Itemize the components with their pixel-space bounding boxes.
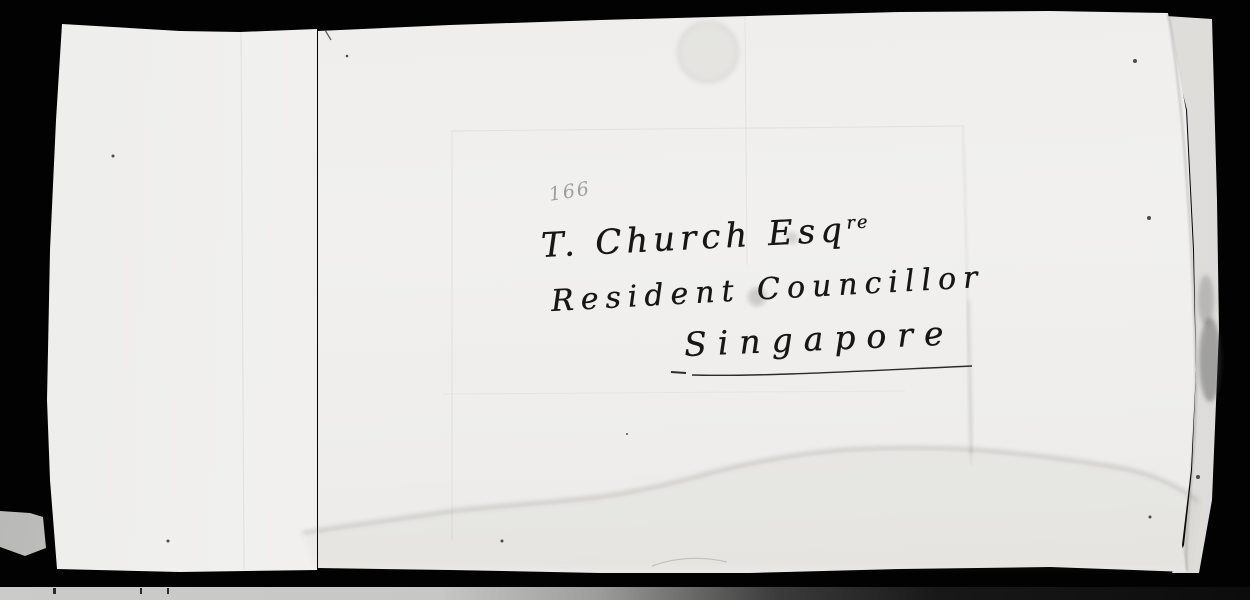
- addressee-name-superscript: re: [846, 212, 870, 233]
- edge-smudge-stain: [1196, 275, 1221, 479]
- corner-pen-mark: [325, 30, 331, 40]
- signature-underline: [671, 366, 972, 375]
- water-stain: [303, 448, 1198, 571]
- scan-background: 166 T. Church Esqre Resident Councillor …: [0, 0, 1250, 600]
- round-stain: [678, 22, 738, 82]
